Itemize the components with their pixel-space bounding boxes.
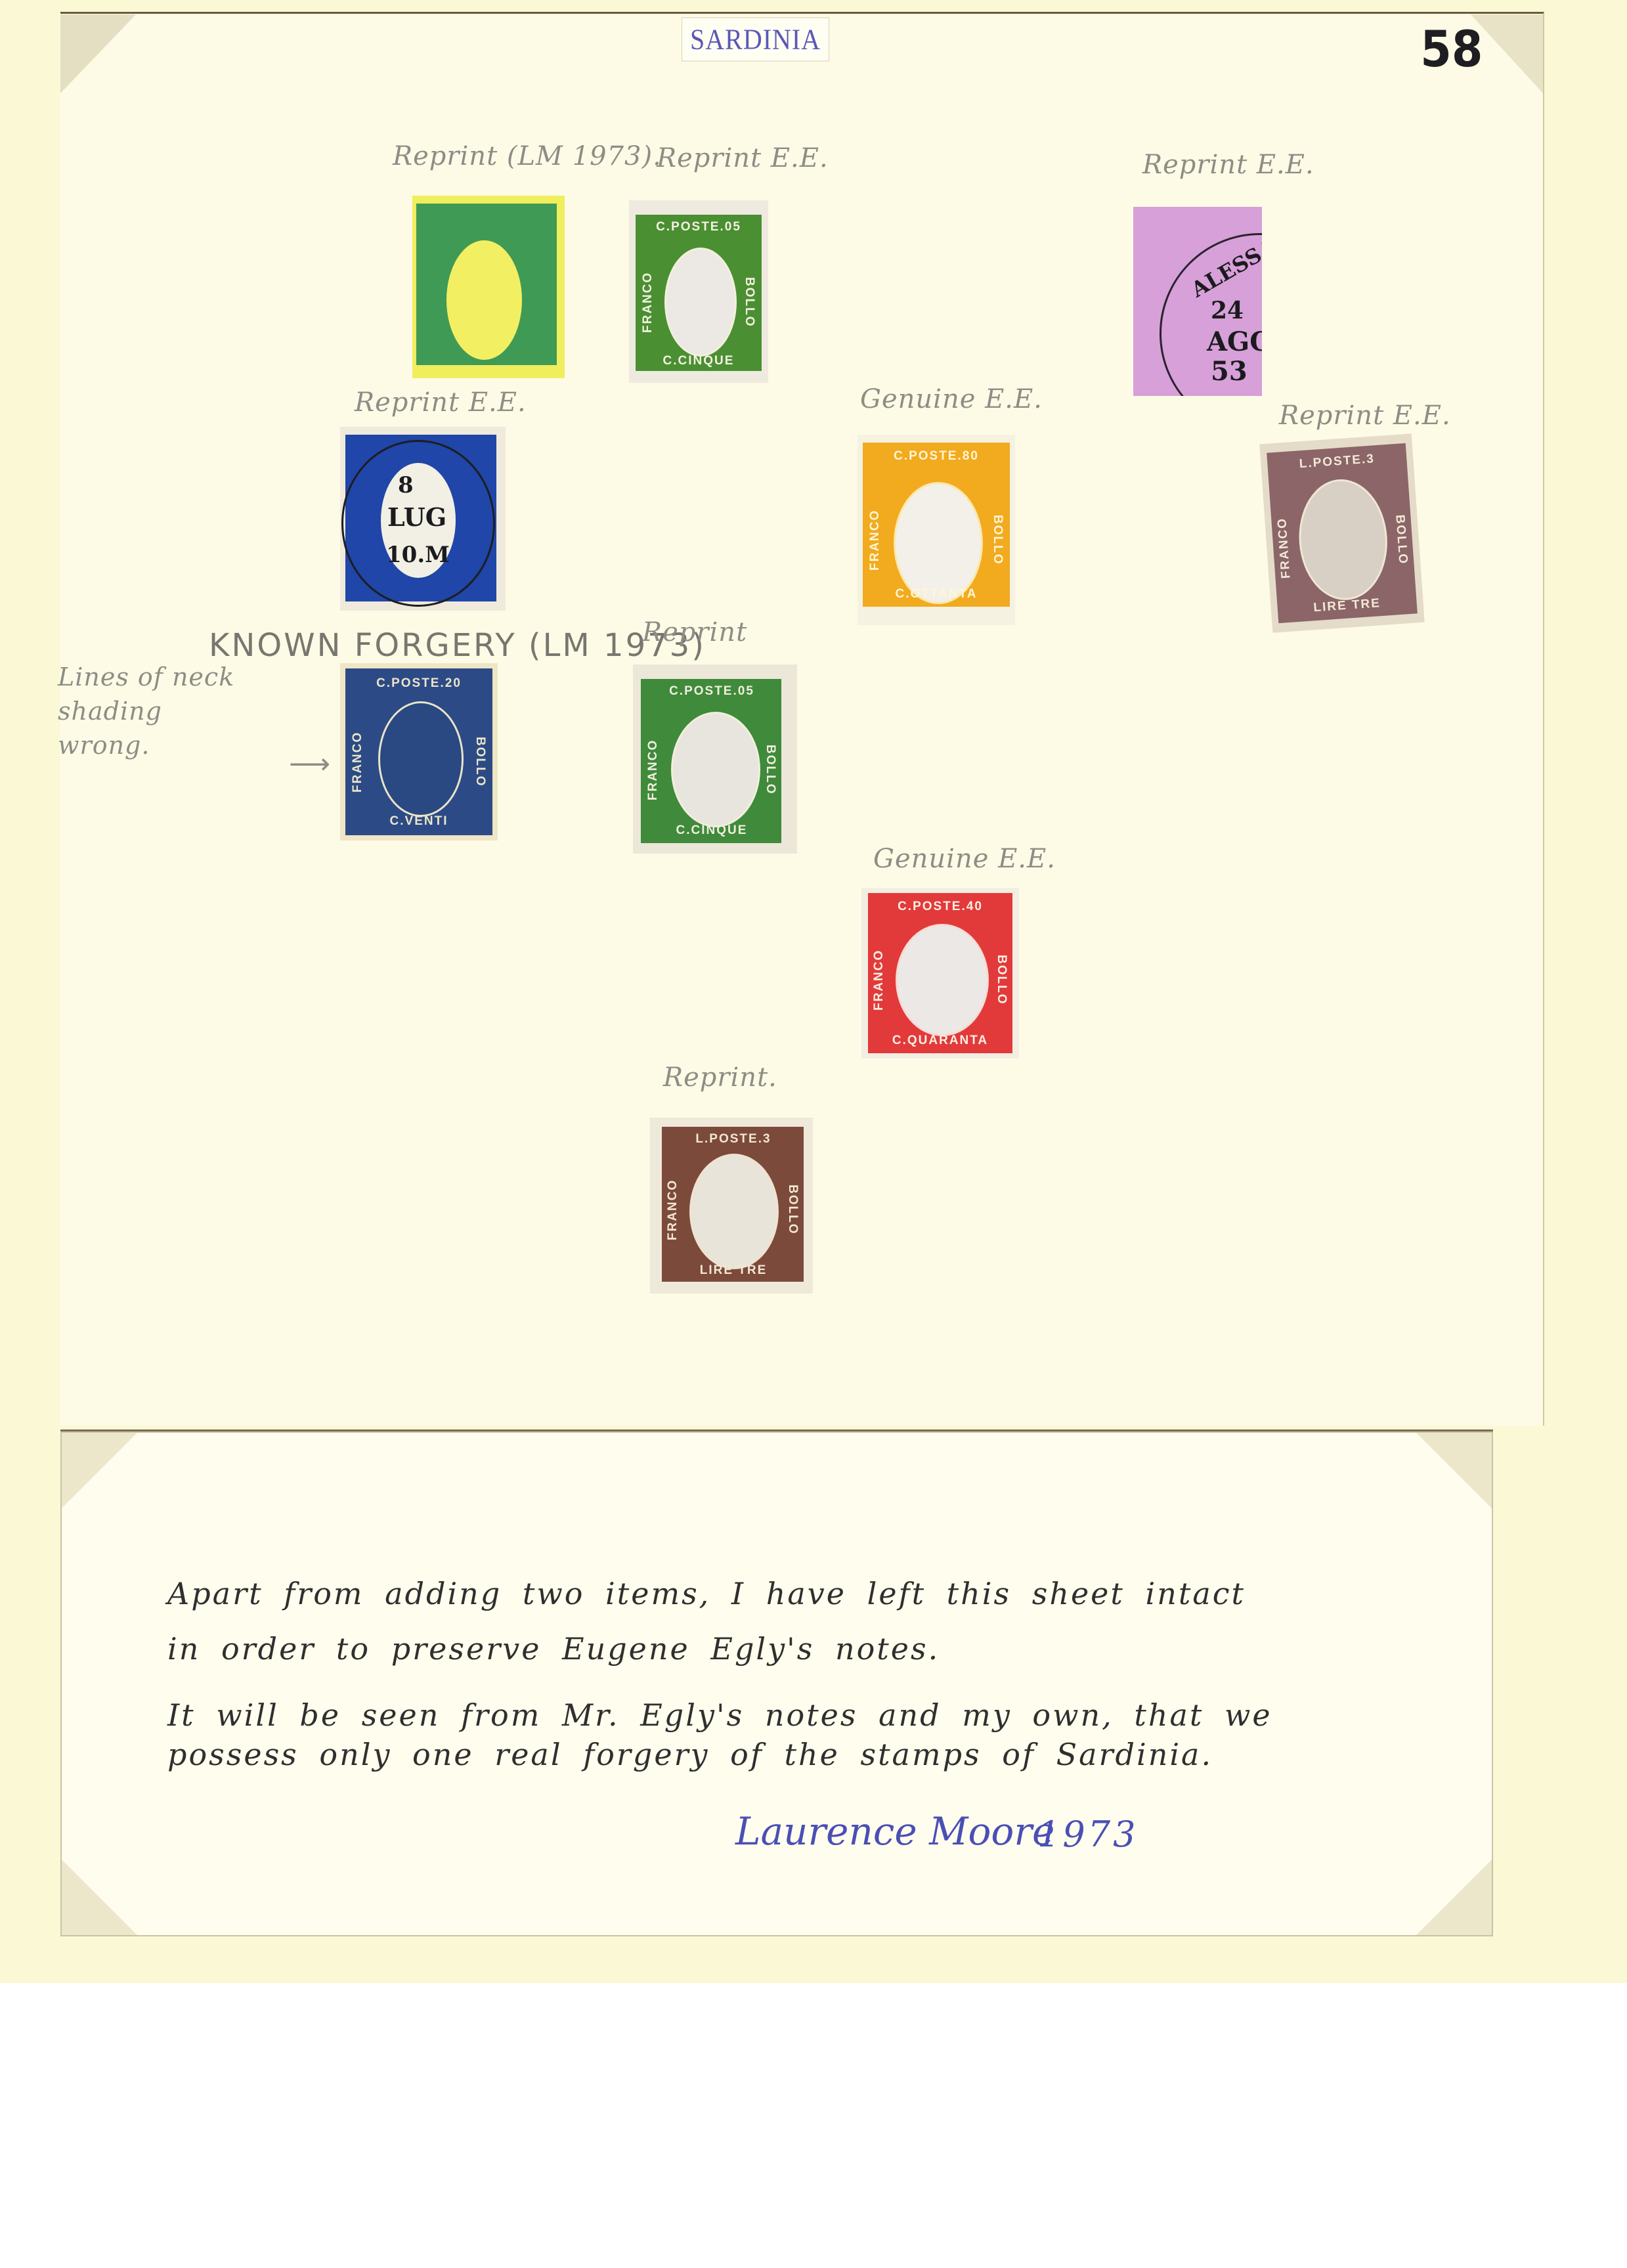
note-line: in order to preserve Eugene Egly's notes… (167, 1631, 940, 1667)
annotation: Reprint. (663, 1062, 777, 1093)
photo-corner (62, 1433, 137, 1508)
forgery-annotation: KNOWN FORGERY (LM 1973) (209, 627, 706, 664)
stamp-3-lire-brown-perforated[interactable]: L.POSTE.3 FRANCO BOLLO LIRE TRE (650, 1118, 813, 1294)
stamp-40c-red[interactable]: C.POSTE.40 FRANCO BOLLO C.QUARANTA (861, 888, 1019, 1058)
note-line: possess only one real forgery of the sta… (167, 1737, 1213, 1772)
annotation: Reprint E.E. (1279, 401, 1451, 431)
note-line: It will be seen from Mr. Egly's notes an… (167, 1697, 1272, 1733)
note-card (60, 1431, 1493, 1936)
annotation: Reprint E.E. (1142, 150, 1314, 180)
annotation: Reprint (LM 1973). (393, 141, 662, 171)
stamp-reprint-frame[interactable] (412, 196, 565, 378)
stamp-5c-green-perforated[interactable]: C.POSTE.05 FRANCO BOLLO C.CINQUE (633, 665, 797, 854)
photo-corner (62, 1860, 137, 1935)
signature: Laurence Moore (735, 1809, 1054, 1854)
note-line: Apart from adding two items, I have left… (167, 1576, 1246, 1611)
photo-corner (1416, 1433, 1492, 1508)
signature-year: 1973 (1037, 1814, 1138, 1855)
stamp-lilac-cancelled[interactable]: ALESSAN 24 AGO 53 (1133, 207, 1262, 396)
country-label: SARDINIA (682, 17, 829, 61)
stamp-blue-cancelled[interactable]: 8 LUG 10.M (340, 427, 506, 611)
side-note: Lines of neck shading wrong. (58, 660, 255, 762)
stamp-20c-blue-forgery[interactable]: C.POSTE.20 FRANCO BOLLO C.VENTI (340, 663, 498, 840)
stamp-80c-orange[interactable]: C.POSTE.80 FRANCO BOLLO C.OTTANTA (857, 435, 1015, 625)
annotation: Reprint E.E. (355, 387, 527, 418)
annotation: Genuine E.E. (873, 844, 1056, 874)
annotation: Reprint E.E. (657, 143, 829, 173)
stamp-5c-green[interactable]: C.POSTE.05 FRANCO BOLLO C.CINQUE (629, 200, 768, 383)
annotation: Reprint (642, 617, 747, 647)
photo-corner (60, 14, 136, 93)
photo-corner (1416, 1860, 1492, 1935)
arrow-icon: ⟶ (289, 747, 330, 781)
page-number: 58 (1420, 20, 1483, 78)
annotation: Genuine E.E. (860, 384, 1043, 414)
stamp-3-lire-brown[interactable]: L.POSTE.3 FRANCO BOLLO LIRE TRE (1259, 433, 1425, 632)
